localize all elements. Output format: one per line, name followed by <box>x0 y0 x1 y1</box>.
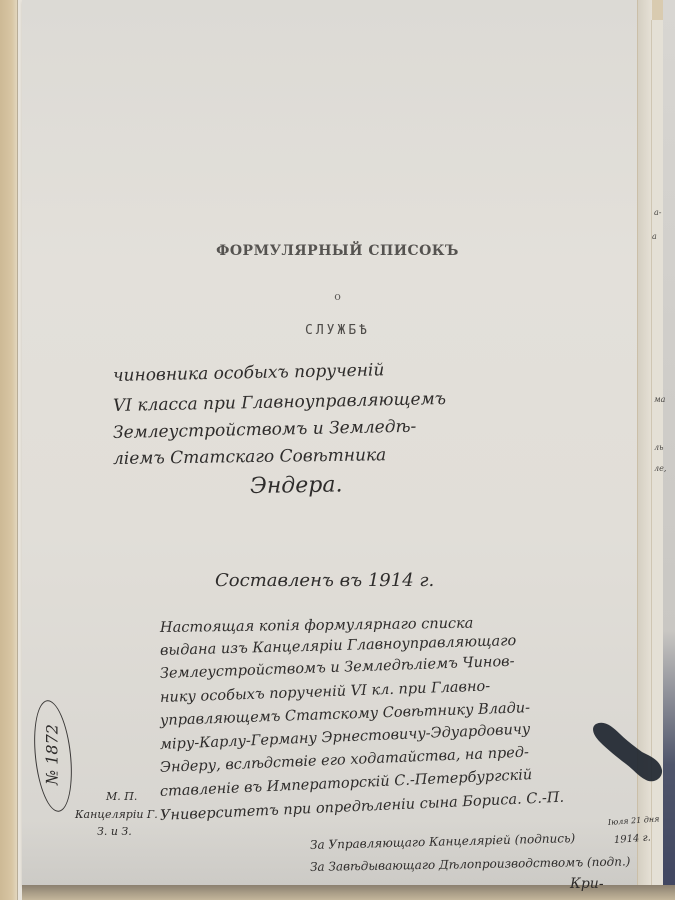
registry-number: № 1872 <box>43 715 62 795</box>
margin-mark-3: ма <box>654 395 665 404</box>
subject-surname: Эндера. <box>250 472 343 499</box>
backing-board <box>663 0 675 900</box>
signature-mark: Кри- <box>570 876 604 892</box>
document-title: ФОРМУЛЯРНЫЙ СПИСОКЪ <box>0 243 675 259</box>
title-preposition: о <box>0 290 675 303</box>
margin-mark-5: ле, <box>654 464 666 473</box>
compiled-date: Составленъ въ 1914 г. <box>215 570 434 591</box>
subject-line-4: ліемъ Статскаго Совѣтника <box>113 445 387 469</box>
stamp-place-line-2: Канцеляріи Г. <box>75 808 158 821</box>
stamp-place-line-3: З. и З. <box>97 825 132 838</box>
margin-mark-2: а <box>652 232 657 241</box>
page-right-edge <box>637 0 652 885</box>
binding-spine <box>0 0 17 900</box>
margin-mark-4: ль <box>654 443 663 452</box>
margin-mark-1: а- <box>654 208 661 217</box>
stamp-place-line-1: М. П. <box>106 790 137 803</box>
document-subtitle: СЛУЖБѢ <box>0 323 675 338</box>
